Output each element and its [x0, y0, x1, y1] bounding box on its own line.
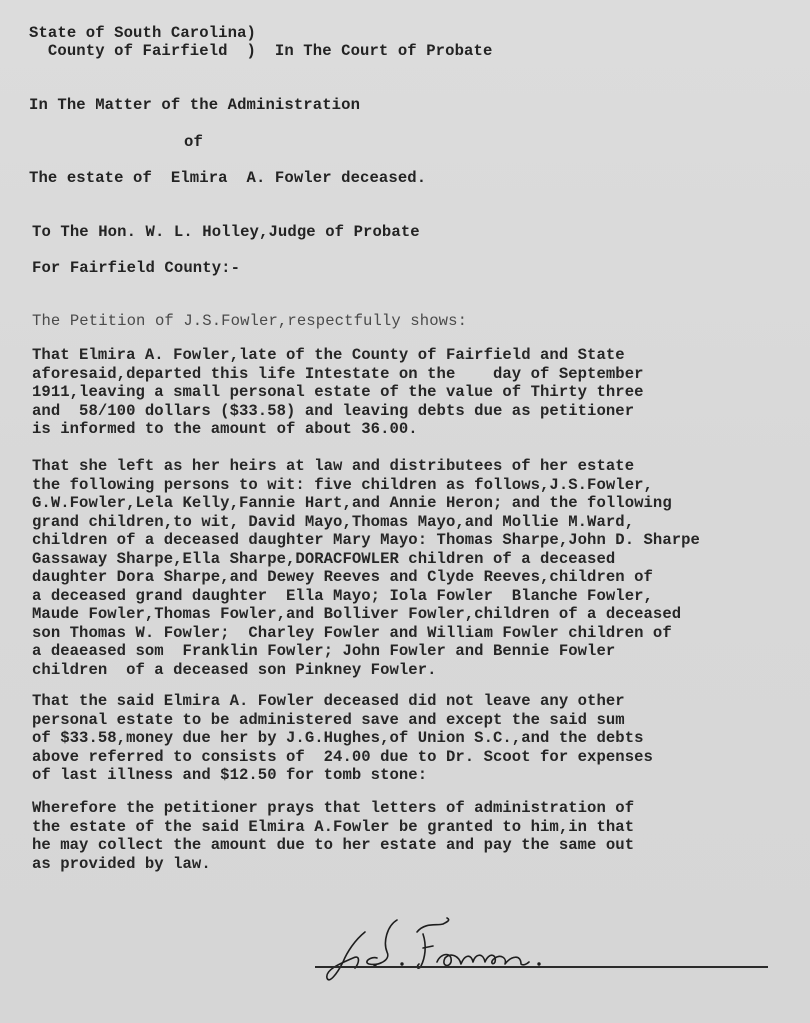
- matter-estate: The estate of Elmira A. Fowler deceased.: [29, 169, 426, 188]
- para-line: Gassaway Sharpe,Ella Sharpe,DORACFOWLER …: [32, 550, 700, 569]
- signature-icon: [325, 912, 625, 992]
- para-line: above referred to consists of 24.00 due …: [32, 748, 653, 767]
- para-line: grand children,to wit, David Mayo,Thomas…: [32, 513, 700, 532]
- para-line: the following persons to wit: five child…: [32, 476, 700, 495]
- paragraph-heirs: That she left as her heirs at law and di…: [32, 457, 700, 679]
- para-line: is informed to the amount of about 36.00…: [32, 420, 644, 439]
- para-line: children of a deceased son Pinkney Fowle…: [32, 661, 700, 680]
- para-line: Maude Fowler,Thomas Fowler,and Bolliver …: [32, 605, 700, 624]
- para-line: of last illness and $12.50 for tomb ston…: [32, 766, 653, 785]
- address-judge: To The Hon. W. L. Holley,Judge of Probat…: [32, 223, 420, 242]
- para-line: son Thomas W. Fowler; Charley Fowler and…: [32, 624, 700, 643]
- para-line: 1911,leaving a small personal estate of …: [32, 383, 644, 402]
- para-line: personal estate to be administered save …: [32, 711, 653, 730]
- para-line: That she left as her heirs at law and di…: [32, 457, 700, 476]
- para-line: and 58/100 dollars ($33.58) and leaving …: [32, 402, 644, 421]
- para-line: That Elmira A. Fowler,late of the County…: [32, 346, 644, 365]
- paragraph-estate-value: That Elmira A. Fowler,late of the County…: [32, 346, 644, 439]
- para-line: children of a deceased daughter Mary May…: [32, 531, 700, 550]
- paragraph-estate-debts: That the said Elmira A. Fowler deceased …: [32, 692, 653, 785]
- para-line: a deaeased som Franklin Fowler; John Fow…: [32, 642, 700, 661]
- paragraph-prayer: Wherefore the petitioner prays that lett…: [32, 799, 634, 873]
- para-line: a deceased grand daughter Ella Mayo; Iol…: [32, 587, 700, 606]
- caption-county-court: County of Fairfield ) In The Court of Pr…: [29, 42, 492, 61]
- para-line: of $33.58,money due her by J.G.Hughes,of…: [32, 729, 653, 748]
- para-line: aforesaid,departed this life Intestate o…: [32, 365, 644, 384]
- caption-state: State of South Carolina): [29, 24, 256, 43]
- para-line: Wherefore the petitioner prays that lett…: [32, 799, 634, 818]
- signature-line: [315, 966, 768, 968]
- para-line: That the said Elmira A. Fowler deceased …: [32, 692, 653, 711]
- para-line: he may collect the amount due to her est…: [32, 836, 634, 855]
- address-county: For Fairfield County:-: [32, 259, 240, 278]
- para-line: daughter Dora Sharpe,and Dewey Reeves an…: [32, 568, 700, 587]
- para-line: the estate of the said Elmira A.Fowler b…: [32, 818, 634, 837]
- para-line: G.W.Fowler,Lela Kelly,Fannie Hart,and An…: [32, 494, 700, 513]
- matter-of: of: [184, 133, 203, 152]
- matter-heading: In The Matter of the Administration: [29, 96, 360, 115]
- petition-intro: The Petition of J.S.Fowler,respectfully …: [32, 312, 467, 331]
- document-page: State of South Carolina) County of Fairf…: [0, 0, 810, 1023]
- para-line: as provided by law.: [32, 855, 634, 874]
